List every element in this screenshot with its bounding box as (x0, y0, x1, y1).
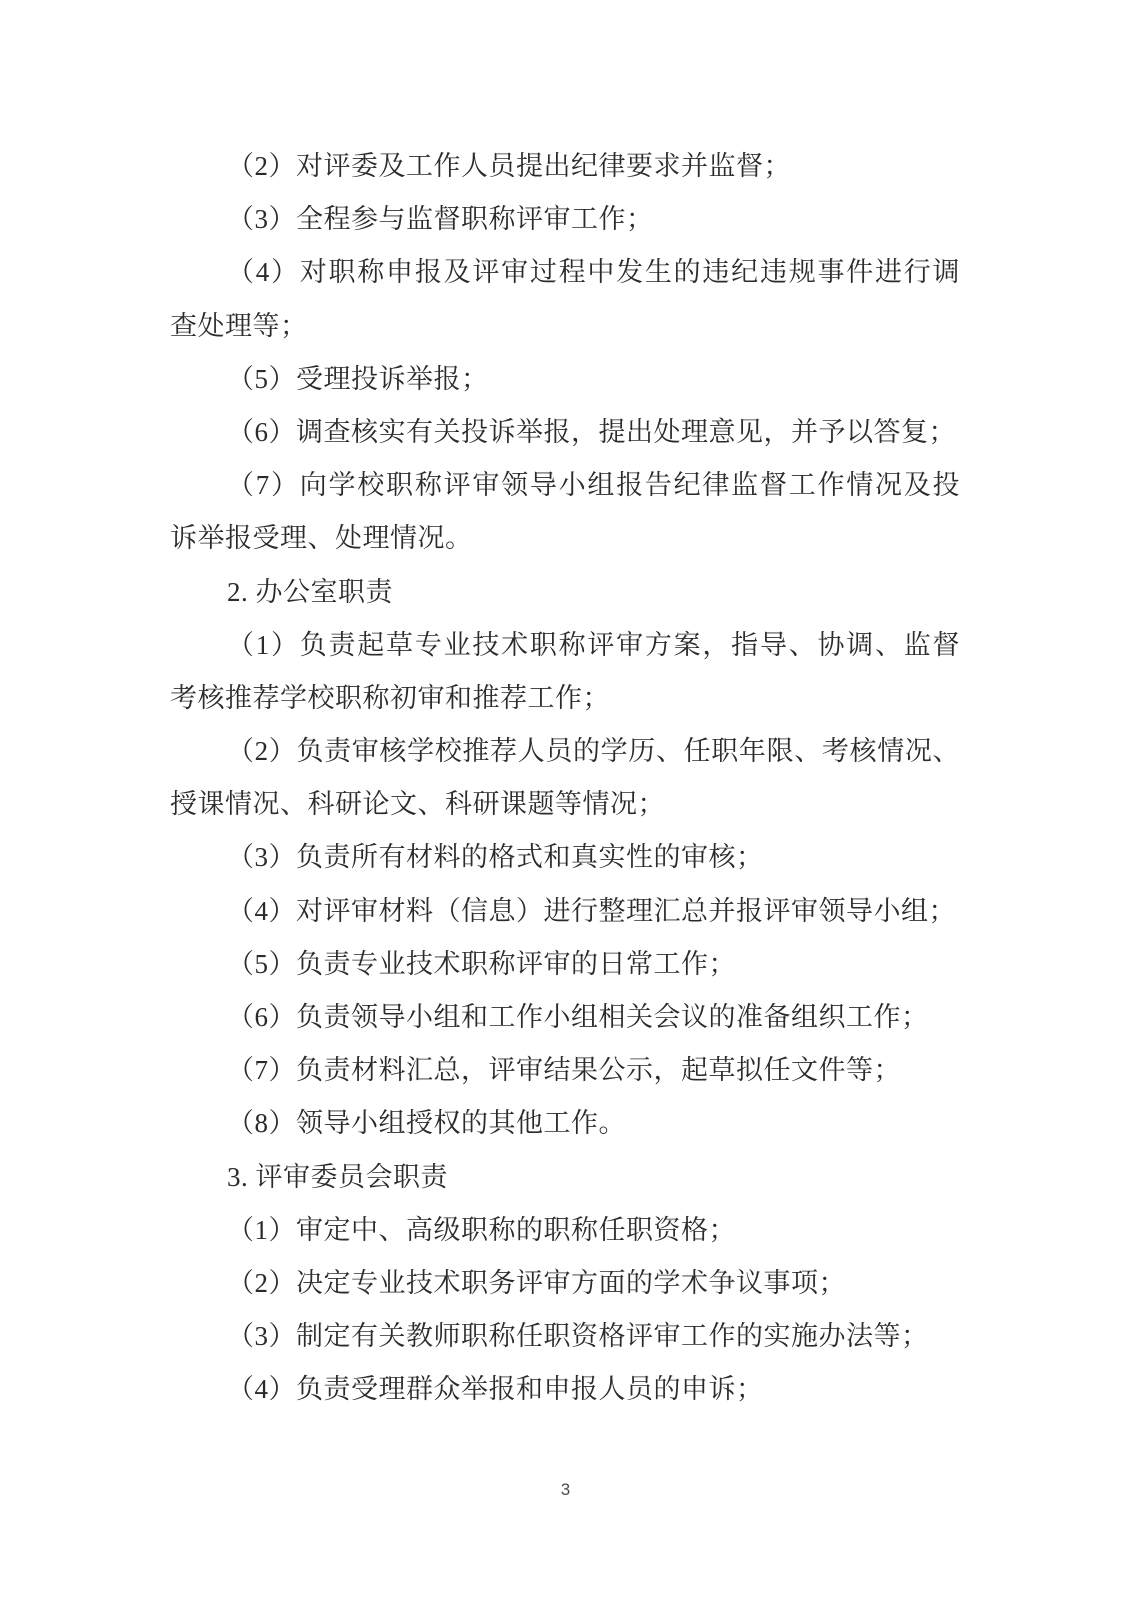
text-line: （8）领导小组授权的其他工作。 (170, 1097, 960, 1150)
text-line: （3）全程参与监督职称评审工作； (170, 193, 960, 246)
text-line: 授课情况、科研论文、科研课题等情况； (170, 778, 960, 831)
section-heading: 2. 办公室职责 (170, 566, 960, 619)
text-line: （6）负责领导小组和工作小组相关会议的准备组织工作； (170, 991, 960, 1044)
text-line: （5）受理投诉举报； (170, 353, 960, 406)
text-line: 考核推荐学校职称初审和推荐工作； (170, 672, 960, 725)
text-line: （4）对职称申报及评审过程中发生的违纪违规事件进行调 (170, 246, 960, 299)
text-line: （2）决定专业技术职务评审方面的学术争议事项； (170, 1257, 960, 1310)
text-line: 查处理等； (170, 300, 960, 353)
text-line: （2）负责审核学校推荐人员的学历、任职年限、考核情况、 (170, 725, 960, 778)
document-page: （2）对评委及工作人员提出纪律要求并监督；（3）全程参与监督职称评审工作；（4）… (0, 0, 1131, 1600)
text-line: （4）负责受理群众举报和申报人员的申诉； (170, 1363, 960, 1416)
text-line: （5）负责专业技术职称评审的日常工作； (170, 938, 960, 991)
text-line: （6）调查核实有关投诉举报，提出处理意见，并予以答复； (170, 406, 960, 459)
text-line: （1）负责起草专业技术职称评审方案，指导、协调、监督 (170, 619, 960, 672)
text-line: （7）负责材料汇总，评审结果公示，起草拟任文件等； (170, 1044, 960, 1097)
text-line: （3）制定有关教师职称任职资格评审工作的实施办法等； (170, 1310, 960, 1363)
page-number: 3 (561, 1480, 570, 1499)
document-body: （2）对评委及工作人员提出纪律要求并监督；（3）全程参与监督职称评审工作；（4）… (170, 140, 960, 1417)
text-line: （7）向学校职称评审领导小组报告纪律监督工作情况及投 (170, 459, 960, 512)
text-line: （3）负责所有材料的格式和真实性的审核； (170, 831, 960, 884)
section-heading: 3. 评审委员会职责 (170, 1151, 960, 1204)
text-line: （2）对评委及工作人员提出纪律要求并监督； (170, 140, 960, 193)
text-line: （1）审定中、高级职称的职称任职资格； (170, 1204, 960, 1257)
page-footer: 3 (0, 1475, 1131, 1505)
text-line: 诉举报受理、处理情况。 (170, 512, 960, 565)
text-line: （4）对评审材料（信息）进行整理汇总并报评审领导小组； (170, 885, 960, 938)
